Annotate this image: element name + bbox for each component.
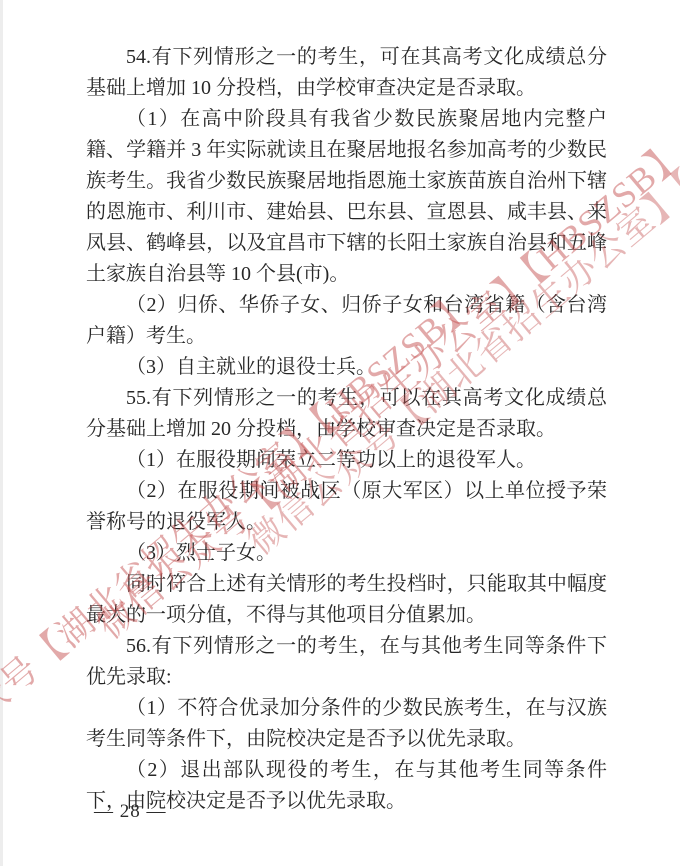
paragraph: （1）在高中阶段具有我省少数民族聚居地内完整户籍、学籍并 3 年实际就读且在聚居… — [86, 104, 607, 290]
page-number: — 28 — — [94, 801, 167, 823]
paragraph: （3）烈士子女。 — [86, 538, 607, 569]
document-page: 54.有下列情形之一的考生，可在其高考文化成绩总分基础上增加 10 分投档，由学… — [0, 0, 680, 866]
paragraph: （2）归侨、华侨子女、归侨子女和台湾省籍（含台湾户籍）考生。 — [86, 290, 607, 352]
scan-edge-artifact — [0, 0, 3, 866]
paragraph: （2）在服役期间被战区（原大军区）以上单位授予荣誉称号的退役军人。 — [86, 476, 607, 538]
paragraph: 55.有下列情形之一的考生，可以在其高考文化成绩总分基础上增加 20 分投档，由… — [86, 383, 607, 445]
paragraph: （3）自主就业的退役士兵。 — [86, 352, 607, 383]
paragraph: 54.有下列情形之一的考生，可在其高考文化成绩总分基础上增加 10 分投档，由学… — [86, 42, 607, 104]
paragraph: （1）在服役期间荣立二等功以上的退役军人。 — [86, 445, 607, 476]
paragraph: （1）不符合优录加分条件的少数民族考生，在与汉族考生同等条件下，由院校决定是否予… — [86, 693, 607, 755]
paragraph: 56.有下列情形之一的考生，在与其他考生同等条件下优先录取: — [86, 631, 607, 693]
paragraph: 同时符合上述有关情形的考生投档时，只能取其中幅度最大的一项分值，不得与其他项目分… — [86, 569, 607, 631]
body-text: 54.有下列情形之一的考生，可在其高考文化成绩总分基础上增加 10 分投档，由学… — [86, 42, 607, 817]
